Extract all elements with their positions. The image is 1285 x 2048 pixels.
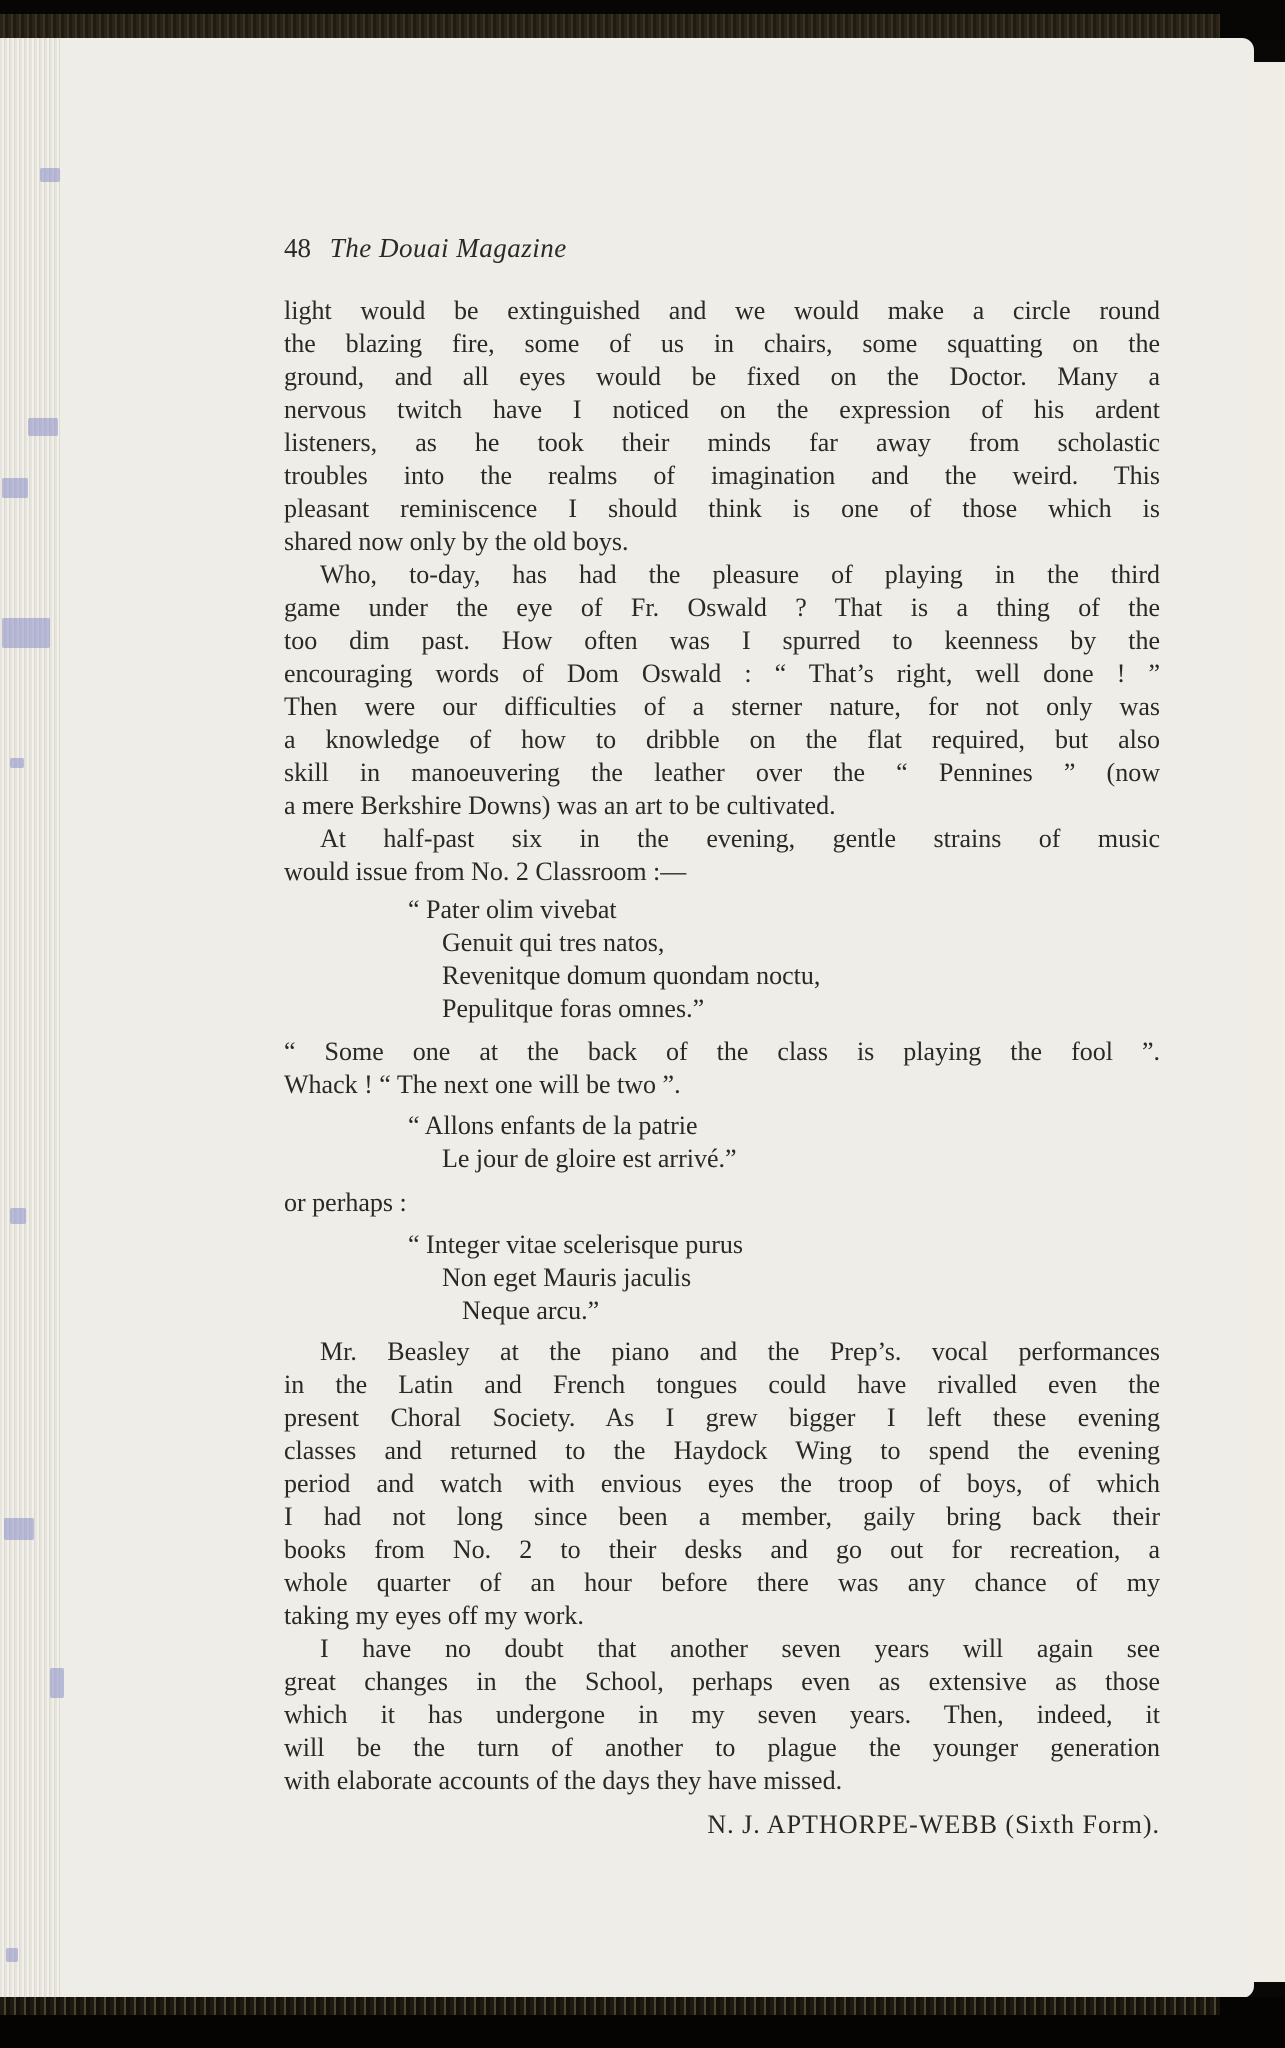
text-line: too dim past. How often was I spurred to… [284,625,1160,657]
text-line: a mere Berkshire Downs) was an art to be… [284,790,1160,822]
text-line: encouraging words of Dom Oswald : “ That… [284,658,1160,690]
bleed-mark [2,478,28,498]
text-line: pleasant reminiscence I should think is … [284,493,1160,525]
text-line: classes and returned to the Haydock Wing… [284,1435,1160,1467]
bleed-mark [10,758,24,768]
verse-line: Non eget Mauris jaculis [442,1262,691,1294]
text-line: the blazing fire, some of us in chairs, … [284,328,1160,360]
text-line: I have no doubt that another seven years… [284,1633,1160,1665]
text-line: Then were our difficulties of a sterner … [284,691,1160,723]
text-line: Whack ! “ The next one will be two ”. [284,1069,1160,1101]
bleed-mark [2,618,50,648]
verse-line: “ Allons enfants de la patrie [408,1110,698,1142]
text-line: Mr. Beasley at the piano and the Prep’s.… [284,1336,1160,1368]
text-line: in the Latin and French tongues could ha… [284,1369,1160,1401]
text-line: troubles into the realms of imagination … [284,460,1160,492]
verse-line: “ Pater olim vivebat [408,894,617,926]
text-line: books from No. 2 to their desks and go o… [284,1534,1160,1566]
page-number: 48 [284,233,311,263]
author-signature: N. J. APTHORPE-WEBB (Sixth Form). [707,1810,1160,1840]
text-line: skill in manoeuvering the leather over t… [284,757,1160,789]
binding-band-bottom [0,1997,1220,2015]
text-line: with elaborate accounts of the days they… [284,1765,1160,1797]
verse-line: Revenitque domum quondam noctu, [442,960,820,992]
verse-line: Le jour de gloire est arrivé.” [442,1143,737,1175]
text-line: period and watch with envious eyes the t… [284,1468,1160,1500]
running-head: 48 The Douai Magazine [284,233,567,264]
text-line: great changes in the School, perhaps eve… [284,1666,1160,1698]
bleed-mark [40,168,60,182]
bleed-mark [10,1208,26,1224]
text-line: “ Some one at the back of the class is p… [284,1036,1160,1068]
verse-line: Neque arcu.” [462,1295,599,1327]
publication-title: The Douai Magazine [330,233,567,263]
text-line: or perhaps : [284,1187,407,1219]
text-line: whole quarter of an hour before there wa… [284,1567,1160,1599]
bleed-mark [6,1948,18,1962]
text-line: I had not long since been a member, gail… [284,1501,1160,1533]
text-line: present Choral Society. As I grew bigger… [284,1402,1160,1434]
binding-band-top [0,14,1220,38]
text-line: Who, to-day, has had the pleasure of pla… [284,559,1160,591]
stacked-page-edges [0,38,60,1998]
text-line: ground, and all eyes would be fixed on t… [284,361,1160,393]
bleed-mark [28,418,58,436]
text-line: nervous twitch have I noticed on the exp… [284,394,1160,426]
text-line: taking my eyes off my work. [284,1600,1160,1632]
bleed-mark [4,1518,34,1540]
text-line: shared now only by the old boys. [284,526,1160,558]
text-line: game under the eye of Fr. Oswald ? That … [284,592,1160,624]
text-line: At half-past six in the evening, gentle … [284,823,1160,855]
verse-line: Genuit qui tres natos, [442,927,664,959]
verse-line: “ Integer vitae scelerisque purus [408,1229,743,1261]
bleed-mark [50,1668,64,1698]
text-line: would issue from No. 2 Classroom :— [284,856,1160,888]
text-line: will be the turn of another to plague th… [284,1732,1160,1764]
text-line: which it has undergone in my seven years… [284,1699,1160,1731]
text-line: light would be extinguished and we would… [284,295,1160,327]
text-line: listeners, as he took their minds far aw… [284,427,1160,459]
text-line: a knowledge of how to dribble on the fla… [284,724,1160,756]
verse-line: Pepulitque foras omnes.” [442,993,704,1025]
